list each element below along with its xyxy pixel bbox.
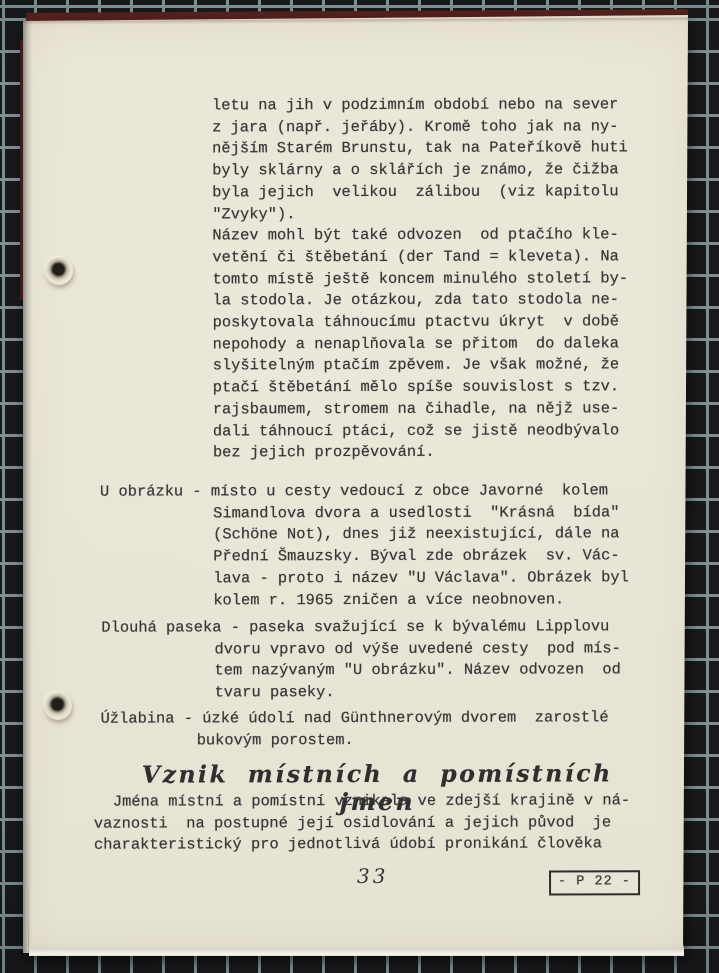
photo-scene: letu na jih v podzimním období nebo na s… [0, 0, 719, 973]
text-line: tem nazývaným "U obrázku". Název odvozen… [214, 660, 620, 683]
typewritten-ink-layer: letu na jih v podzimním období nebo na s… [0, 0, 719, 973]
glossary-entry-uzlabina: Úžlabina - úzké údolí nad Günthnerovým d… [101, 707, 609, 752]
text-line: vetění či štěbetání (der Tand = kleveta)… [212, 246, 628, 269]
main-text-block: letu na jih v podzimním období nebo na s… [212, 94, 629, 464]
text-line: z jara (např. jeřáby). Kromě toho jak na… [212, 116, 628, 139]
page-number: 33 [357, 864, 389, 888]
glossary-entry-dlouha-paseka: Dlouhá paseka - paseka svažující se k bý… [101, 616, 621, 704]
text-line: "Zvyky"). [212, 203, 628, 226]
text-line: vaznosti na postupné její osidlování a j… [94, 812, 630, 835]
stamp-box: - P 22 - [549, 870, 640, 895]
text-line: letu na jih v podzimním období nebo na s… [212, 94, 628, 117]
text-line: bukovým porostem. [197, 729, 609, 752]
text-line: ptačí štěbetání mělo spíše souvislost s … [213, 376, 629, 399]
stamp-label: - P 22 - [558, 874, 631, 890]
text-line: byly sklárny a o sklářích je známo, že č… [212, 159, 628, 182]
document-page: letu na jih v podzimním období nebo na s… [0, 0, 719, 973]
text-line: slyšitelným ptačím zpěvem. Je však možné… [213, 355, 629, 378]
text-line: charakteristický pro jednotlivá údobí pr… [94, 834, 630, 857]
text-line: dali táhnoucí ptáci, což se jistě neodbý… [213, 420, 629, 443]
text-line: nepohody a nenaplňovala se přitom do dal… [213, 333, 629, 356]
text-line: Simandlova dvora a usedlosti "Krásná bíd… [213, 502, 629, 525]
text-line: la stodola. Je otázkou, zda tato stodola… [213, 290, 629, 313]
glossary-entry-u-obrazku: U obrázku - místo u cesty vedoucí z obce… [100, 480, 629, 612]
text-line: bez jejich prozpěvování. [213, 442, 629, 465]
text-line: dvoru vpravo od výše uvedené cesty pod m… [214, 638, 620, 661]
text-line: Název mohl být také odvozen od ptačího k… [212, 225, 628, 248]
text-line: kolem r. 1965 zničen a více neobnoven. [213, 589, 629, 612]
text-line: nějším Starém Brunstu, tak na Pateříkově… [212, 138, 628, 161]
text-line: byla jejich velikou zálibou (viz kapitol… [212, 181, 628, 204]
text-line: tvaru paseky. [215, 681, 621, 704]
text-line: rajsbaumem, stromem na čihadle, na nějž … [213, 398, 629, 421]
text-line: (Schöne Not), dnes již neexistující, dál… [213, 524, 629, 547]
text-line: Jména místní a pomístní vznikala ve zdej… [113, 790, 630, 813]
text-line: lava - proto i název "U Václava". Obráze… [213, 567, 629, 590]
closing-paragraph: Jména místní a pomístní vznikala ve zdej… [94, 790, 630, 857]
text-line: tomto místě ještě koncem minulého stolet… [212, 268, 628, 291]
text-line: Přední Šmauzsky. Býval zde obrázek sv. V… [213, 545, 629, 568]
glossary-term-line: Úžlabina - úzké údolí nad Günthnerovým d… [101, 707, 609, 730]
glossary-term-line: Dlouhá paseka - paseka svažující se k bý… [101, 616, 620, 639]
text-line: poskytovala táhnoucímu ptactvu úkryt v d… [213, 311, 629, 334]
glossary-term-line: U obrázku - místo u cesty vedoucí z obce… [100, 480, 629, 503]
